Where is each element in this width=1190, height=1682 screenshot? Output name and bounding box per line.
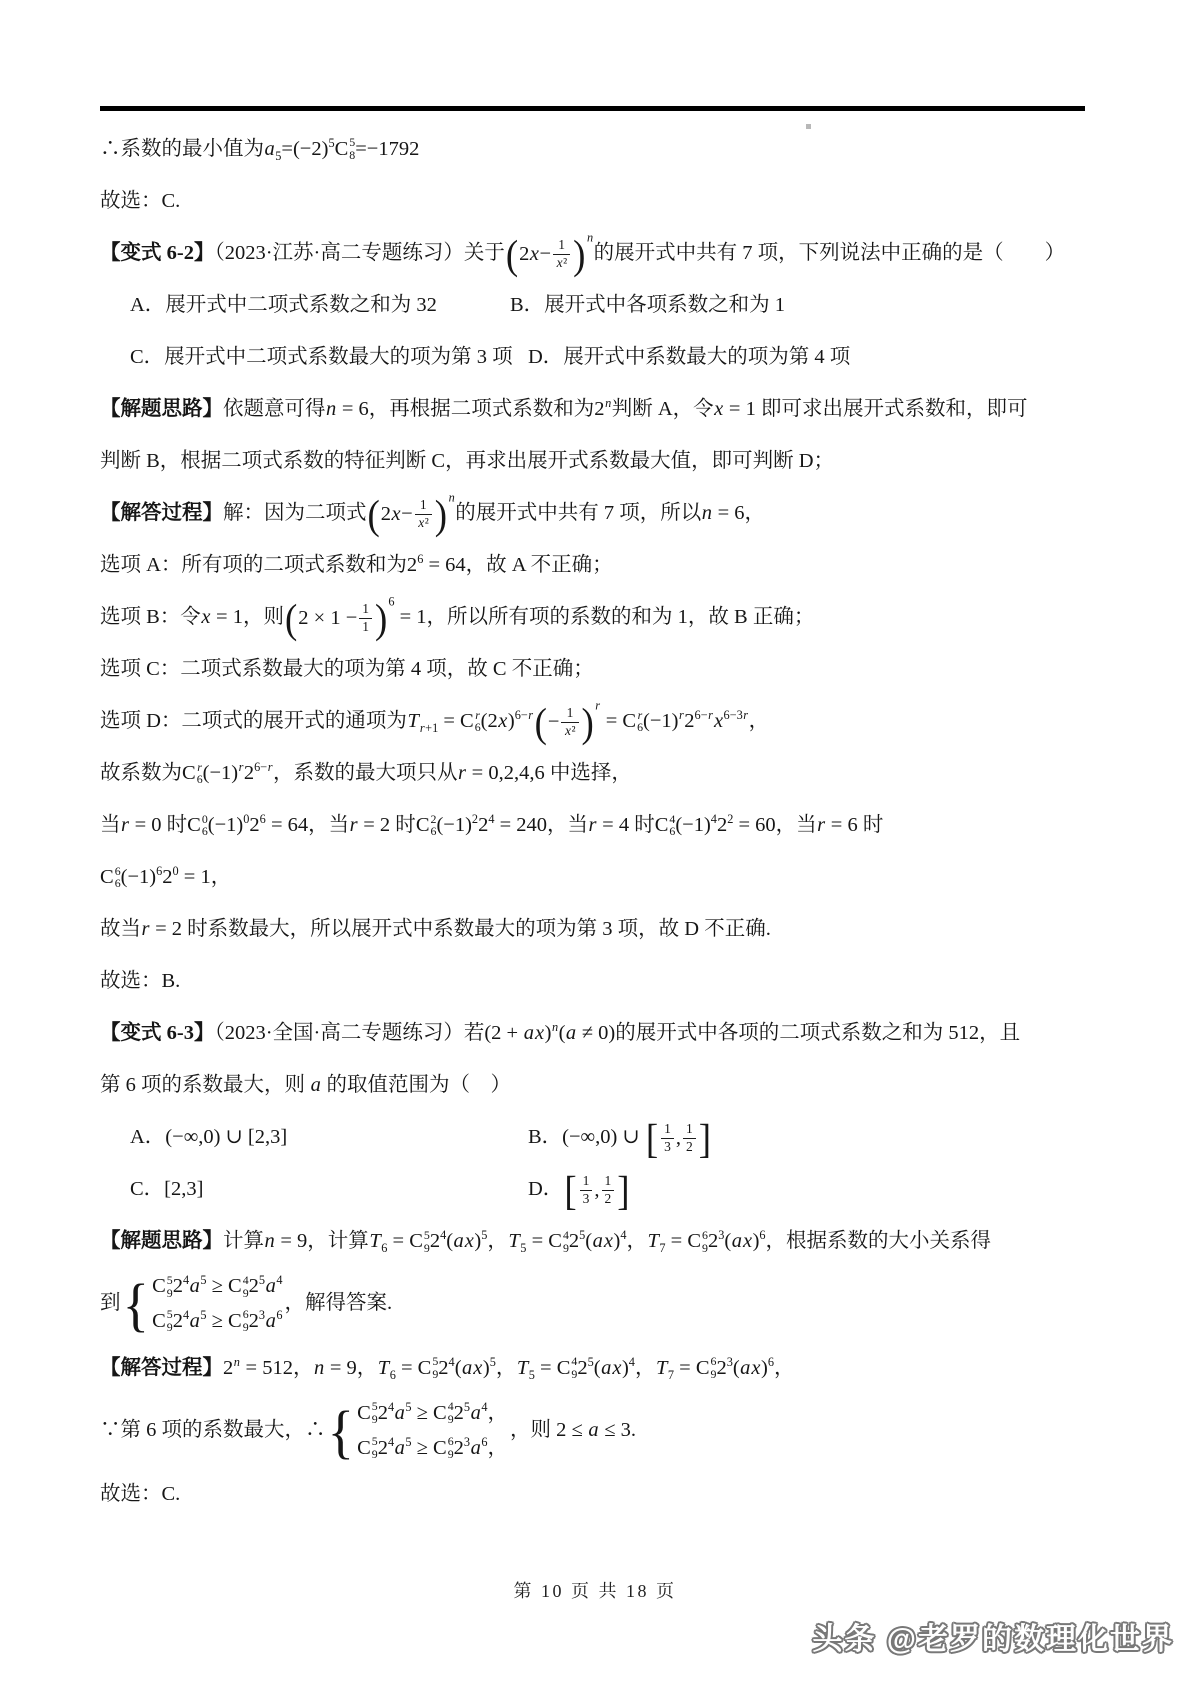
superscript: 6−r [515,708,534,722]
open-delimiter: [ [645,1120,659,1157]
math-variable: x [612,1357,622,1379]
binomial-indices: 59 [424,1229,430,1255]
math-variable: r [349,814,358,836]
solution-6-3-cases: ∵第 6 项的系数最大，∴{C5924a5 ≥ C4925a4，C5924a5 … [100,1399,1092,1463]
delimited-body: 13,12 [659,1121,698,1156]
subscript: 7 [668,1368,674,1382]
binomial-indices: 06 [202,813,208,839]
binomial-coefficient: C58 [335,136,356,162]
superscript: 4 [629,1355,635,1369]
options-6-3-ab: A．(−∞,0) ∪ [2,3]B．(−∞,0) ∪ [13,12] [100,1116,1092,1158]
solution-6-3: 【解答过程】2n = 512，n = 9，T6 = C5924(ax)5，T5 … [100,1347,1092,1389]
option-cell: D．[13,12] [528,1168,631,1210]
binomial-coefficient: C49 [557,1355,578,1381]
math-variable: n [448,490,455,504]
section-label: 【解答过程】 [100,1357,223,1379]
cases-line: C5924a5 ≥ C6923a6 [152,1307,282,1337]
r-values-line2: C66(−1)620 = 1， [100,856,1092,898]
delimited-body: 2x − 1x² [519,237,572,272]
watermark-text: 头条 @老罗的数理化世界 [812,1614,1174,1658]
option-d-general-term: 选项 D：二项式的展开式的通项为Tr+1 = Cr6(2x)6−r(− 1x²)… [100,700,1092,742]
binomial-coefficient: C59 [418,1355,439,1381]
binomial-coefficient: C49 [228,1274,249,1300]
delimiter-exponent: r [595,700,601,712]
subscript: 7 [659,1241,665,1255]
close-delimiter: ] [698,1120,712,1157]
binomial-indices: 59 [167,1308,173,1334]
superscript: 6−r [695,708,714,722]
fraction-denominator: 3 [580,1190,593,1208]
document-page: ∴系数的最小值为a5=(−2)5C58=−1792故选：C.【变式 6-2】（2… [0,0,1190,1682]
binomial-upper: 5 [372,1435,378,1448]
option-b-eval: 选项 B：令x = 1，则(2 × 1 − 11)6 = 1，所以所有项的系数的… [100,596,1092,638]
coefficient-note: 故系数为Cr6(−1)r26−r，系数的最大项只从r = 0,2,4,6 中选择… [100,752,1092,794]
fraction-denominator: 2 [683,1138,696,1156]
math-variable: a [265,1310,276,1332]
binomial-lower: 9 [448,1448,454,1461]
math-variable: a [470,1402,481,1424]
fraction: 12 [600,1173,617,1208]
math-variable: r [141,918,150,940]
math-variable: a [394,1437,405,1459]
binomial-lower: 9 [563,1242,569,1255]
math-variable: a [740,1357,751,1379]
math-variable: a [453,1230,464,1252]
superscript: 6 [759,1229,765,1243]
header-rule [100,106,1085,111]
left-brace: { [123,1279,150,1330]
math-variable: T [407,710,419,732]
math-variable: a [462,1357,473,1379]
fraction: 1x² [559,705,580,740]
math-variable: n [701,502,712,524]
option-cell: D．展开式中系数最大的项为第 4 项 [528,336,850,378]
big-brackets: [13,12] [645,1121,712,1156]
analysis-6-3: 【解题思路】计算n = 9，计算T6 = C5924(ax)5，T5 = C49… [100,1220,1092,1262]
math-variable: x [714,398,724,420]
superscript: 3 [727,1355,733,1369]
superscript: 5 [490,1355,496,1369]
superscript: n [233,1355,240,1369]
binomial-coefficient: Cr6 [622,709,643,735]
option-cell: C．展开式中二项式系数最大的项为第 3 项 [130,336,528,378]
superscript: 5 [200,1274,206,1288]
math-variable: T [377,1357,389,1379]
fraction-denominator: 3 [661,1138,674,1156]
math-variable: a [264,138,275,160]
binomial-coefficient: Cr6 [182,761,203,787]
open-delimiter: ( [505,236,519,273]
fraction-numerator: 1 [580,1173,593,1190]
binomial-indices: 46 [669,813,675,839]
binomial-indices: 49 [243,1274,249,1300]
math-variable: x [564,723,571,738]
fraction-denominator: x² [553,254,570,272]
close-delimiter: ) [581,704,595,741]
math-variable: x [391,502,401,527]
math-variable: x [603,1230,613,1252]
superscript: 4 [449,1355,455,1369]
math-variable: x [742,1230,752,1252]
delimited-body: 2x − 1x² [381,497,434,532]
binomial-indices: 59 [372,1435,378,1461]
math-variable: x [201,606,211,628]
delimited-body: − 1x² [548,705,581,740]
math-variable: a [189,1310,200,1332]
math-variable: r [458,762,467,784]
superscript: 6 [481,1435,487,1449]
superscript: 3 [718,1229,724,1243]
document-body: ∴系数的最小值为a5=(−2)5C58=−1792故选：C.【变式 6-2】（2… [100,128,1092,1525]
problem-6-3-line1: 【变式 6-3】（2023·全国·高二专题练习）若(2 + ax)n(a ≠ 0… [100,1012,1092,1054]
superscript: 5 [200,1308,206,1322]
superscript: 4 [276,1274,282,1288]
math-variable: r [817,814,826,836]
superscript: 6 [417,552,423,566]
superscript: n [605,396,612,410]
binomial-lower: 9 [372,1448,378,1461]
big-brackets: [13,12] [563,1173,630,1208]
binomial-indices: r6 [637,709,643,735]
options-6-2-ab: A．展开式中二项式系数之和为 32B．展开式中各项系数之和为 1 [100,284,1092,326]
binomial-indices: r6 [475,709,481,735]
problem-6-3-line2: 第 6 项的系数最大，则 a 的取值范围为（ ） [100,1064,1092,1106]
binomial-lower: 9 [243,1321,249,1334]
superscript: 5 [405,1400,411,1414]
answer-6-3: 故选：C. [100,1473,1092,1515]
math-variable: a [588,1419,599,1441]
math-variable: a [394,1402,405,1424]
superscript: 2 [727,812,733,826]
binomial-indices: 49 [563,1229,569,1255]
math-variable: T [655,1357,667,1379]
binomial-lower: 9 [432,1368,438,1381]
math-variable: x [498,710,508,732]
fraction-numerator: 1 [661,1121,674,1138]
subscript: 6 [381,1241,387,1255]
problem-6-2: 【变式 6-2】（2023·江苏·高二专题练习）关于(2x − 1x²)n的展开… [100,232,1092,274]
delimiter-exponent: n [586,231,593,243]
math-variable: n [326,398,337,420]
option-cell: B．(−∞,0) ∪ [13,12] [528,1116,712,1158]
binomial-lower: 9 [372,1413,378,1426]
binomial-coefficient: C59 [152,1274,173,1300]
section-label: 【解答过程】 [100,502,223,524]
binomial-upper: 6 [448,1435,454,1448]
superscript: r [238,760,244,774]
math-variable: x [556,255,563,270]
math-variable: a [592,1230,603,1252]
superscript: 2 [472,812,478,826]
binomial-coefficient: C26 [416,813,437,839]
binomial-upper: 5 [167,1274,173,1287]
binomial-indices: 69 [702,1229,708,1255]
section-label: 【解题思路】 [100,1230,223,1252]
close-delimiter: ) [434,496,448,533]
binomial-indices: 49 [571,1355,577,1381]
fraction-numerator: 1 [602,1173,615,1190]
superscript: 4 [620,1229,626,1243]
binomial-coefficient: C49 [548,1229,569,1255]
conclusion-6-2: 故当r = 2 时系数最大，所以展开式中系数最大的项为第 3 项，故 D 不正确… [100,908,1092,950]
big-parentheses: (2x − 1x²)n [505,237,594,272]
math-variable: x [535,1022,545,1044]
subscript: 5 [275,149,281,163]
fraction-denominator: x² [561,722,578,740]
section-label: 【变式 6-2】 [100,242,214,264]
fraction: 1x² [551,237,572,272]
fraction-numerator: 1 [555,237,568,254]
binomial-coefficient: C66 [100,865,121,891]
fraction: 13 [578,1173,595,1208]
answer-prev: 故选：C. [100,180,1092,222]
binomial-lower: 9 [571,1368,577,1381]
delimited-body: 13,12 [578,1173,617,1208]
binomial-lower: 9 [167,1287,173,1300]
option-cell: B．展开式中各项系数之和为 1 [510,284,785,326]
math-variable: a [523,1022,534,1044]
fraction-numerator: 1 [359,601,372,618]
binomial-indices: 69 [243,1308,249,1334]
math-variable: a [189,1275,200,1297]
option-cell: C．[2,3] [130,1168,528,1210]
delimiter-exponent: n [448,491,455,503]
superscript: 5 [588,1355,594,1369]
fraction-numerator: 1 [564,705,577,722]
fraction: 12 [681,1121,698,1156]
big-parentheses: (2x − 1x²)n [367,497,456,532]
math-variable: r [238,760,244,774]
analysis-6-2-line2: 判断 B，根据二项式系数的特征判断 C，再求出展开式系数最大值，即可判断 D； [100,440,1092,482]
answer-6-2: 故选：B. [100,960,1092,1002]
math-variable: a [731,1230,742,1252]
binomial-lower: 6 [669,825,675,838]
binomial-lower: 8 [349,149,355,162]
math-variable: n [551,1020,558,1034]
big-parentheses: (− 1x²)r [534,705,601,740]
solution-6-2-intro: 【解答过程】解：因为二项式(2x − 1x²)n的展开式中共有 7 项，所以n … [100,492,1092,534]
binomial-coefficient: C69 [433,1435,454,1461]
open-delimiter: ( [284,600,298,637]
math-variable: n [233,1355,240,1369]
binomial-indices: r6 [197,761,203,787]
binomial-lower: 9 [167,1321,173,1334]
superscript: 4 [711,812,717,826]
open-delimiter: ( [367,496,381,533]
binomial-lower: 6 [475,721,481,734]
superscript: 6−r [254,760,273,774]
binomial-lower: 6 [115,877,121,890]
binomial-coefficient: C59 [152,1308,173,1334]
binomial-coefficient: C46 [655,813,676,839]
binomial-coefficient: C59 [409,1229,430,1255]
cases-lines: C5924a5 ≥ C4925a4C5924a5 ≥ C6923a6 [152,1272,282,1336]
math-variable: x [751,1357,761,1379]
math-variable: r [267,760,273,774]
math-variable: r [588,814,597,836]
superscript: 0 [173,864,179,878]
delimiter-exponent: 6 [388,595,394,607]
binomial-lower: 6 [202,825,208,838]
math-variable: r [743,708,749,722]
subscript: 5 [520,1241,526,1255]
superscript: 4 [440,1229,446,1243]
math-variable: x [473,1357,483,1379]
binomial-indices: 26 [431,813,437,839]
superscript: 0 [243,812,249,826]
math-variable: a [565,1022,576,1044]
fraction-denominator: 2 [602,1190,615,1208]
binomial-coefficient: C69 [687,1229,708,1255]
superscript: 6 [156,864,162,878]
binomial-lower: 6 [197,773,203,786]
fraction-numerator: 1 [417,497,430,514]
section-label: 【变式 6-3】 [100,1022,214,1044]
math-variable: T [508,1230,520,1252]
math-variable: a [310,1074,321,1096]
math-variable: x [464,1230,474,1252]
cases-system: {C5924a5 ≥ C4925a4C5924a5 ≥ C6923a6 [123,1272,283,1336]
binomial-upper: 4 [563,1229,569,1242]
close-delimiter: ) [374,600,388,637]
fraction-denominator: 1 [359,618,372,636]
math-variable: n [586,230,593,244]
close-delimiter: ) [572,236,586,273]
binomial-lower: 9 [711,1368,717,1381]
binomial-upper: 4 [243,1274,249,1287]
analysis-6-3-cases: 到{C5924a5 ≥ C4925a4C5924a5 ≥ C6923a6，解得答… [100,1272,1092,1336]
binomial-upper: 5 [424,1229,430,1242]
option-cell: A．(−∞,0) ∪ [2,3] [130,1116,528,1158]
left-brace: { [328,1406,355,1457]
superscript: 4 [481,1400,487,1414]
binomial-lower: 6 [637,721,643,734]
conclusion-a5: ∴系数的最小值为a5=(−2)5C58=−1792 [100,128,1092,170]
binomial-coefficient: C49 [433,1400,454,1426]
binomial-indices: 49 [448,1400,454,1426]
fraction-numerator: 1 [683,1121,696,1138]
math-variable: T [369,1230,381,1252]
binomial-lower: 9 [243,1287,249,1300]
binomial-lower: 9 [424,1242,430,1255]
cases-lines: C5924a5 ≥ C4925a4，C5924a5 ≥ C6923a6， [357,1399,508,1463]
superscript: 4 [488,812,494,826]
binomial-upper: 6 [702,1229,708,1242]
binomial-indices: 58 [349,136,355,162]
superscript: 5 [405,1435,411,1449]
binomial-indices: 66 [115,865,121,891]
option-a-eval: 选项 A：所有项的二项式系数和为26 = 64，故 A 不正确； [100,544,1092,586]
binomial-lower: 9 [702,1242,708,1255]
binomial-indices: 59 [167,1274,173,1300]
binomial-indices: 69 [448,1435,454,1461]
cases-line: C5924a5 ≥ C4925a4， [357,1399,508,1429]
binomial-coefficient: C06 [187,813,208,839]
binomial-indices: 69 [711,1355,717,1381]
delimited-body: 2 × 1 − 11 [298,601,374,636]
fraction: 1x² [413,497,434,532]
math-variable: r [419,721,425,735]
superscript: 6 [276,1308,282,1322]
math-variable: r [121,814,130,836]
big-parentheses: (2 × 1 − 11)6 [284,601,395,636]
superscript: 5 [579,1229,585,1243]
binomial-lower: 9 [448,1413,454,1426]
math-variable: x [529,242,539,267]
fraction-denominator: x² [415,514,432,532]
superscript: 6−3r [724,708,749,722]
math-variable: n [264,1230,275,1252]
binomial-indices: 59 [372,1400,378,1426]
cases-line: C5924a5 ≥ C6923a6， [357,1434,508,1464]
superscript: r [679,708,685,722]
close-delimiter: ] [616,1172,630,1209]
math-variable: r [679,708,685,722]
binomial-coefficient: C69 [696,1355,717,1381]
math-variable: x [713,710,723,732]
section-label: 【解题思路】 [100,398,223,420]
superscript: 5 [481,1229,487,1243]
binomial-coefficient: C59 [357,1435,378,1461]
math-variable: a [470,1437,481,1459]
math-variable: T [647,1230,659,1252]
superscript: n [551,1020,558,1034]
binomial-coefficient: Cr6 [460,709,481,735]
options-6-2-cd: C．展开式中二项式系数最大的项为第 3 项D．展开式中系数最大的项为第 4 项 [100,336,1092,378]
subscript: r+1 [419,721,438,735]
cases-line: C5924a5 ≥ C4925a4 [152,1272,282,1302]
cases-system: {C5924a5 ≥ C4925a4，C5924a5 ≥ C6923a6， [328,1399,508,1463]
open-delimiter: [ [563,1172,577,1209]
analysis-6-2-line1: 【解题思路】依题意可得n = 6，再根据二项式系数和为2n判断 A，令x = 1… [100,388,1092,430]
math-variable: n [605,396,612,410]
math-variable: x [418,515,425,530]
math-variable: n [313,1357,324,1379]
fraction: 13 [659,1121,676,1156]
page-number: 第 10 页 共 18 页 [0,1577,1190,1603]
binomial-lower: 6 [431,825,437,838]
open-delimiter: ( [534,704,548,741]
binomial-coefficient: C59 [357,1400,378,1426]
superscript: 6 [260,812,266,826]
options-6-3-cd: C．[2,3]D．[13,12] [100,1168,1092,1210]
superscript: 6 [768,1355,774,1369]
r-values-line1: 当r = 0 时C06(−1)026 = 64，当r = 2 时C26(−1)2… [100,804,1092,846]
binomial-coefficient: C69 [228,1308,249,1334]
math-variable: T [516,1357,528,1379]
math-variable: a [265,1275,276,1297]
math-variable: r [595,699,601,713]
math-variable: a [601,1357,612,1379]
option-c-eval: 选项 C：二项式系数最大的项为第 4 项，故 C 不正确； [100,648,1092,690]
fraction: 11 [357,601,374,636]
binomial-indices: 59 [432,1355,438,1381]
subscript: 6 [390,1368,396,1382]
option-cell: A．展开式中二项式系数之和为 32 [130,284,510,326]
subscript: 5 [529,1368,535,1382]
